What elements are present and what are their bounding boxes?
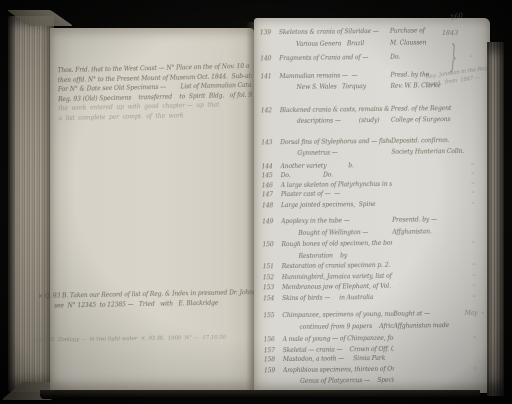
entry-number: 155 bbox=[263, 311, 282, 321]
entry-acquisition-continued bbox=[394, 381, 462, 382]
entry-remark: – bbox=[460, 169, 486, 179]
entry-acquisition bbox=[392, 194, 460, 195]
entry-description: Amphibious specimens, thirteen of One & … bbox=[283, 364, 394, 375]
entry-description-continued: New S. Wales Torquay bbox=[296, 82, 390, 93]
entry-acquisition: Bought at — bbox=[393, 309, 461, 319]
entry-acquisition-continued: Affghanistan. bbox=[392, 226, 460, 236]
register-entry-row: 142Blackened crania & casts, remains & c… bbox=[261, 103, 485, 115]
entry-remark: May – bbox=[461, 309, 487, 319]
register-entry-row: 159Amphibious specimens, thirteen of One… bbox=[264, 363, 488, 375]
entry-number: 146 bbox=[262, 181, 281, 191]
entry-number: 142 bbox=[261, 106, 280, 116]
entry-description: Dorsal fins of Stylephorus and — fishes bbox=[280, 136, 391, 147]
entry-remark: – bbox=[461, 281, 487, 291]
entry-remark: – bbox=[462, 333, 488, 343]
entry-acquisition: Purchase of bbox=[390, 26, 458, 36]
left-page-bottom-note: × Q. 93 B. Taken our Record of list of R… bbox=[38, 288, 250, 312]
entry-acquisition bbox=[394, 339, 462, 340]
entry-number: 150 bbox=[262, 240, 281, 250]
entry-description: Skins of birds — in Australia bbox=[282, 292, 393, 303]
register-entry-row: 155Chimpanzee, specimens of young, numer… bbox=[263, 309, 487, 321]
book-bottom-edge bbox=[40, 390, 480, 399]
entry-description: Apoplexy in the tube — bbox=[281, 216, 392, 227]
right-page-edge-stack bbox=[487, 42, 504, 396]
entry-description: Chimpanzee, specimens of young, numerous… bbox=[282, 310, 393, 321]
entry-number: 149 bbox=[262, 217, 281, 227]
entry-acquisition bbox=[392, 204, 460, 205]
entry-acquisition-continued: College of Surgeons bbox=[391, 115, 459, 125]
entry-acquisition: Presd. of the Regent bbox=[391, 103, 459, 113]
entry-description: Rough bones of old specimen, the bones w… bbox=[281, 239, 392, 250]
photograph-open-register-book: Thos. Frid. that to the West Coast — N° … bbox=[0, 0, 512, 404]
entry-number: 140 bbox=[260, 54, 279, 64]
left-page-annotation-block: Thos. Frid. that to the West Coast — N° … bbox=[57, 62, 252, 124]
register-entry-row: 141Mammalian remains — —Presd. by the bbox=[260, 69, 484, 81]
register-entry-row-continued: New S. Wales TorquayRev. W. B. Clarke bbox=[260, 81, 484, 93]
folio-number: 160 bbox=[449, 12, 463, 23]
entry-acquisition bbox=[394, 349, 462, 350]
entry-number: 153 bbox=[263, 283, 282, 293]
left-page: Thos. Frid. that to the West Coast — N° … bbox=[50, 28, 254, 392]
entry-remark: – bbox=[460, 188, 486, 198]
entry-description: A male of young — of Chimpanzee, fol. 93… bbox=[283, 334, 394, 345]
entry-description: Skeletons & crania of Siluridae — bbox=[279, 27, 390, 38]
left-bottom-note-line: see N° 12345 to 12385 — Tried with E. Bl… bbox=[54, 298, 250, 311]
register-entry-row-continued: Gymnetrus —Society Hunterian Colln. bbox=[261, 147, 485, 159]
entry-number: 154 bbox=[263, 294, 282, 304]
entry-acquisition: Presentd. by — bbox=[392, 215, 460, 225]
entry-acquisition-continued bbox=[393, 255, 461, 256]
entry-remark: – bbox=[461, 260, 487, 270]
entry-remark: – bbox=[462, 363, 488, 373]
entry-description-continued: Bought of Wellington — bbox=[298, 227, 392, 238]
entry-description: Mammalian remains — — bbox=[279, 70, 390, 81]
register-entry-row: 149Apoplexy in the tube —Presentd. by — bbox=[262, 215, 486, 227]
entry-number: 156 bbox=[264, 335, 283, 345]
entry-description: Fragments of Crania and of — bbox=[279, 53, 390, 64]
entry-description: Mastodon, a tooth — Simia Park bbox=[283, 354, 394, 365]
register-entry-row: 148Large jointed specimens, Spine– bbox=[262, 198, 486, 210]
entry-acquisition-continued: Affghanistan made bbox=[393, 320, 461, 330]
entry-acquisition bbox=[392, 165, 460, 166]
left-page-edge-stack bbox=[8, 16, 54, 392]
entry-acquisition-continued: Rev. W. B. Clarke bbox=[390, 81, 458, 91]
entry-remark: – bbox=[461, 291, 487, 301]
entry-remark: – bbox=[458, 52, 484, 62]
entry-acquisition bbox=[393, 287, 461, 288]
entry-description: Restoration of cranial specimen p. 2. bbox=[282, 261, 393, 272]
entry-acquisition bbox=[392, 175, 460, 176]
register-entry-row-continued: Bought of Wellington —Affghanistan. bbox=[262, 226, 486, 238]
entry-acquisition: Presd. by the bbox=[390, 69, 458, 79]
entry-number: 145 bbox=[262, 171, 281, 181]
entry-number: 151 bbox=[263, 262, 282, 272]
entry-number: 148 bbox=[262, 201, 281, 211]
left-page-pencil-note: List 93 Zoology — in two light water × 9… bbox=[36, 335, 236, 344]
entry-acquisition bbox=[393, 276, 461, 277]
entry-number: 158 bbox=[264, 355, 283, 365]
entry-acquisition bbox=[392, 184, 460, 185]
entry-number: 152 bbox=[263, 273, 282, 283]
register-entry-row: 150Rough bones of old specimen, the bone… bbox=[262, 238, 486, 250]
entry-number: 157 bbox=[264, 346, 283, 356]
entry-acquisition bbox=[392, 244, 460, 245]
register-entry-row-continued: Various Genera BrazilM. Claussen bbox=[260, 37, 484, 49]
register-entry-row: 139Skeletons & crania of Siluridae —Purc… bbox=[260, 26, 484, 38]
entry-description-continued: Genus of Platycercus — Species Regent bbox=[300, 376, 394, 387]
entry-description: Large jointed specimens, Spine bbox=[281, 199, 392, 210]
register-entry-row-continued: continued from 9 papers African Reg.Affg… bbox=[263, 320, 487, 332]
register-entry-list: 139Skeletons & crania of Siluridae —Purc… bbox=[260, 26, 488, 387]
entry-remark: – bbox=[460, 238, 486, 248]
entry-number: 144 bbox=[261, 162, 280, 172]
entry-description-continued: continued from 9 papers African Reg. bbox=[299, 321, 393, 332]
entry-number: 143 bbox=[261, 138, 280, 148]
register-entry-row: 143Dorsal fins of Stylephorus and — fish… bbox=[261, 135, 485, 147]
entry-description: Hummingbird, Jamaica variety, list of sk… bbox=[282, 271, 393, 282]
entry-number: 159 bbox=[264, 366, 283, 376]
entry-acquisition: Do. bbox=[390, 52, 458, 62]
entry-description: Blackened crania & casts, remains & cran… bbox=[280, 104, 391, 115]
entry-remark: – bbox=[460, 178, 486, 188]
entry-acquisition bbox=[394, 369, 462, 370]
entry-acquisition bbox=[393, 297, 461, 298]
entry-description-continued: Various Genera Brazil bbox=[296, 38, 390, 49]
entry-description-continued: descriptions — (study) bbox=[297, 116, 391, 127]
entry-description: Membranous jaw of Elephant, of Vol. 2 fo… bbox=[282, 282, 393, 293]
entry-description: Plaster cast of — — bbox=[281, 189, 392, 200]
entry-number: 139 bbox=[260, 28, 279, 38]
entry-acquisition-continued: Society Hunterian Colln. bbox=[391, 147, 459, 157]
register-entry-row-continued: Genus of Platycercus — Species Regent bbox=[264, 375, 488, 387]
entry-acquisition bbox=[393, 266, 461, 267]
register-entry-row: 140Fragments of Crania and of —Do.– bbox=[260, 52, 484, 64]
entry-acquisition-continued: M. Claussen bbox=[390, 37, 458, 47]
entry-remark: – bbox=[460, 198, 486, 208]
entry-remark: – bbox=[459, 159, 485, 169]
entry-number: 147 bbox=[262, 190, 281, 200]
entry-acquisition bbox=[394, 359, 462, 360]
register-entry-row-continued: descriptions — (study)College of Surgeon… bbox=[261, 115, 485, 127]
entry-remark: – bbox=[461, 270, 487, 280]
entry-description-continued: Restoration by bbox=[299, 250, 393, 261]
right-page: 160 1843 } Reg. Johnson in the Regd.Regd… bbox=[254, 18, 490, 393]
entry-number: 141 bbox=[260, 72, 279, 82]
register-entry-row: 154Skins of birds — in Australia– bbox=[263, 291, 487, 303]
entry-acquisition: Depositd. confirmn. bbox=[391, 135, 459, 145]
entry-description-continued: Gymnetrus — bbox=[297, 148, 391, 159]
